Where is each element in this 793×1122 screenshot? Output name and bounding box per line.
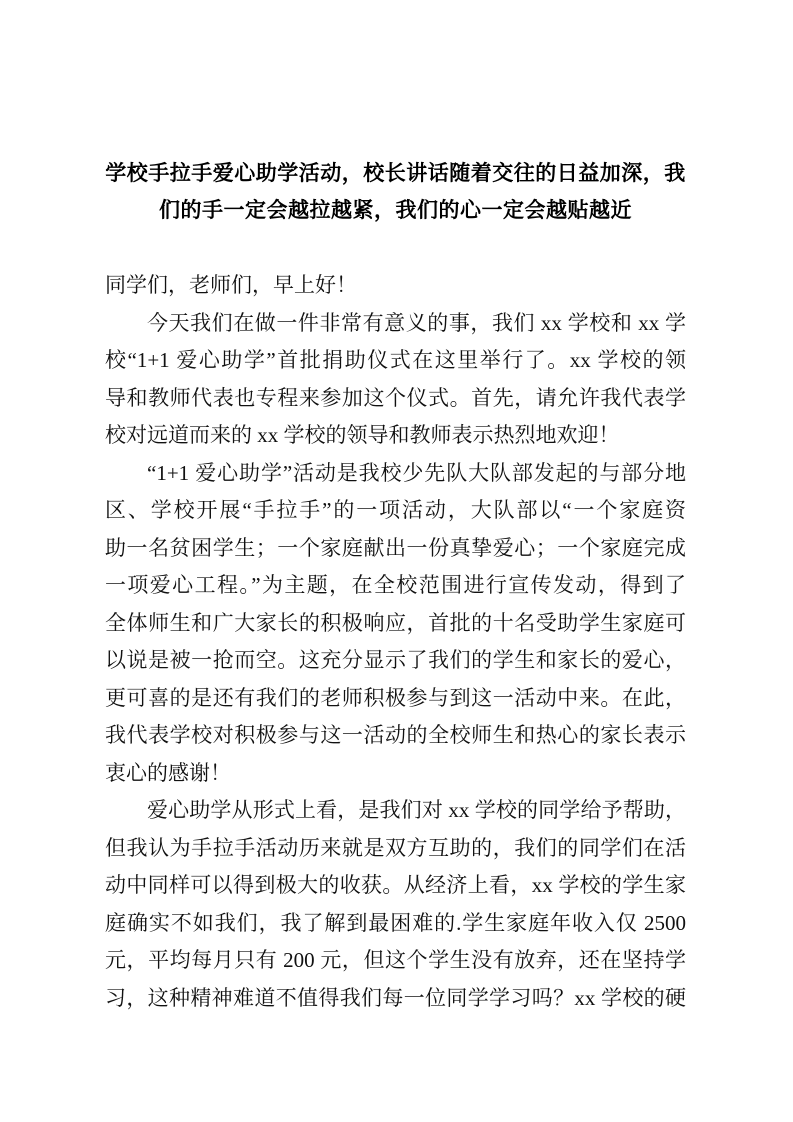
text-line: 元，平均每月只有 200 元，但这个学生没有放弃，还在坚持学: [105, 942, 686, 980]
text-line: 全体师生和广大家长的积极响应，首批的十名受助学生家庭可: [105, 605, 686, 643]
text-line: 但我认为手拉手活动历来就是双方互助的，我们的同学们在活: [105, 830, 686, 868]
text-line: 助一名贫困学生；一个家庭献出一份真挚爱心；一个家庭完成: [105, 530, 686, 568]
document-title: 学校手拉手爱心助学活动，校长讲话随着交往的日益加深，我 们的手一定会越拉越紧，我…: [105, 155, 686, 229]
text-line: 校对远道而来的 xx 学校的领导和教师表示热烈地欢迎！: [105, 417, 686, 455]
text-line: 庭确实不如我们，我了解到最困难的.学生家庭年收入仅 2500: [105, 905, 686, 943]
paragraph: 今天我们在做一件非常有意义的事，我们 xx 学校和 xx 学校“1+1 爱心助学…: [105, 305, 686, 455]
text-line: 今天我们在做一件非常有意义的事，我们 xx 学校和 xx 学: [105, 305, 686, 343]
paragraph: 爱心助学从形式上看，是我们对 xx 学校的同学给予帮助，但我认为手拉手活动历来就…: [105, 792, 686, 1017]
text-line: 我代表学校对积极参与这一活动的全校师生和热心的家长表示: [105, 717, 686, 755]
text-line: 同学们，老师们，早上好！: [105, 267, 686, 305]
text-line: 以说是被一抢而空。这充分显示了我们的学生和家长的爱心，: [105, 642, 686, 680]
text-line: 校“1+1 爱心助学”首批捐助仪式在这里举行了。xx 学校的领: [105, 342, 686, 380]
text-line: 动中同样可以得到极大的收获。从经济上看，xx 学校的学生家: [105, 867, 686, 905]
text-line: 爱心助学从形式上看，是我们对 xx 学校的同学给予帮助，: [105, 792, 686, 830]
paragraph: “1+1 爱心助学”活动是我校少先队大队部发起的与部分地区、学校开展“手拉手”的…: [105, 455, 686, 793]
paragraph: 同学们，老师们，早上好！: [105, 267, 686, 305]
text-line: 更可喜的是还有我们的老师积极参与到这一活动中来。在此，: [105, 680, 686, 718]
text-line: 区、学校开展“手拉手”的一项活动，大队部以“一个家庭资: [105, 492, 686, 530]
document-body: 同学们，老师们，早上好！今天我们在做一件非常有意义的事，我们 xx 学校和 xx…: [105, 267, 686, 1017]
title-line: 学校手拉手爱心助学活动，校长讲话随着交往的日益加深，我: [105, 155, 686, 192]
text-line: 衷心的感谢！: [105, 755, 686, 793]
text-line: 导和教师代表也专程来参加这个仪式。首先，请允许我代表学: [105, 380, 686, 418]
document-content: 学校手拉手爱心助学活动，校长讲话随着交往的日益加深，我 们的手一定会越拉越紧，我…: [105, 155, 686, 1017]
text-line: “1+1 爱心助学”活动是我校少先队大队部发起的与部分地: [105, 455, 686, 493]
text-line: 习，这种精神难道不值得我们每一位同学学习吗？xx 学校的硬: [105, 980, 686, 1018]
document-page: 学校手拉手爱心助学活动，校长讲话随着交往的日益加深，我 们的手一定会越拉越紧，我…: [0, 0, 793, 1122]
title-line: 们的手一定会越拉越紧，我们的心一定会越贴越近: [105, 192, 686, 229]
text-line: 一项爱心工程。”为主题，在全校范围进行宣传发动，得到了: [105, 567, 686, 605]
